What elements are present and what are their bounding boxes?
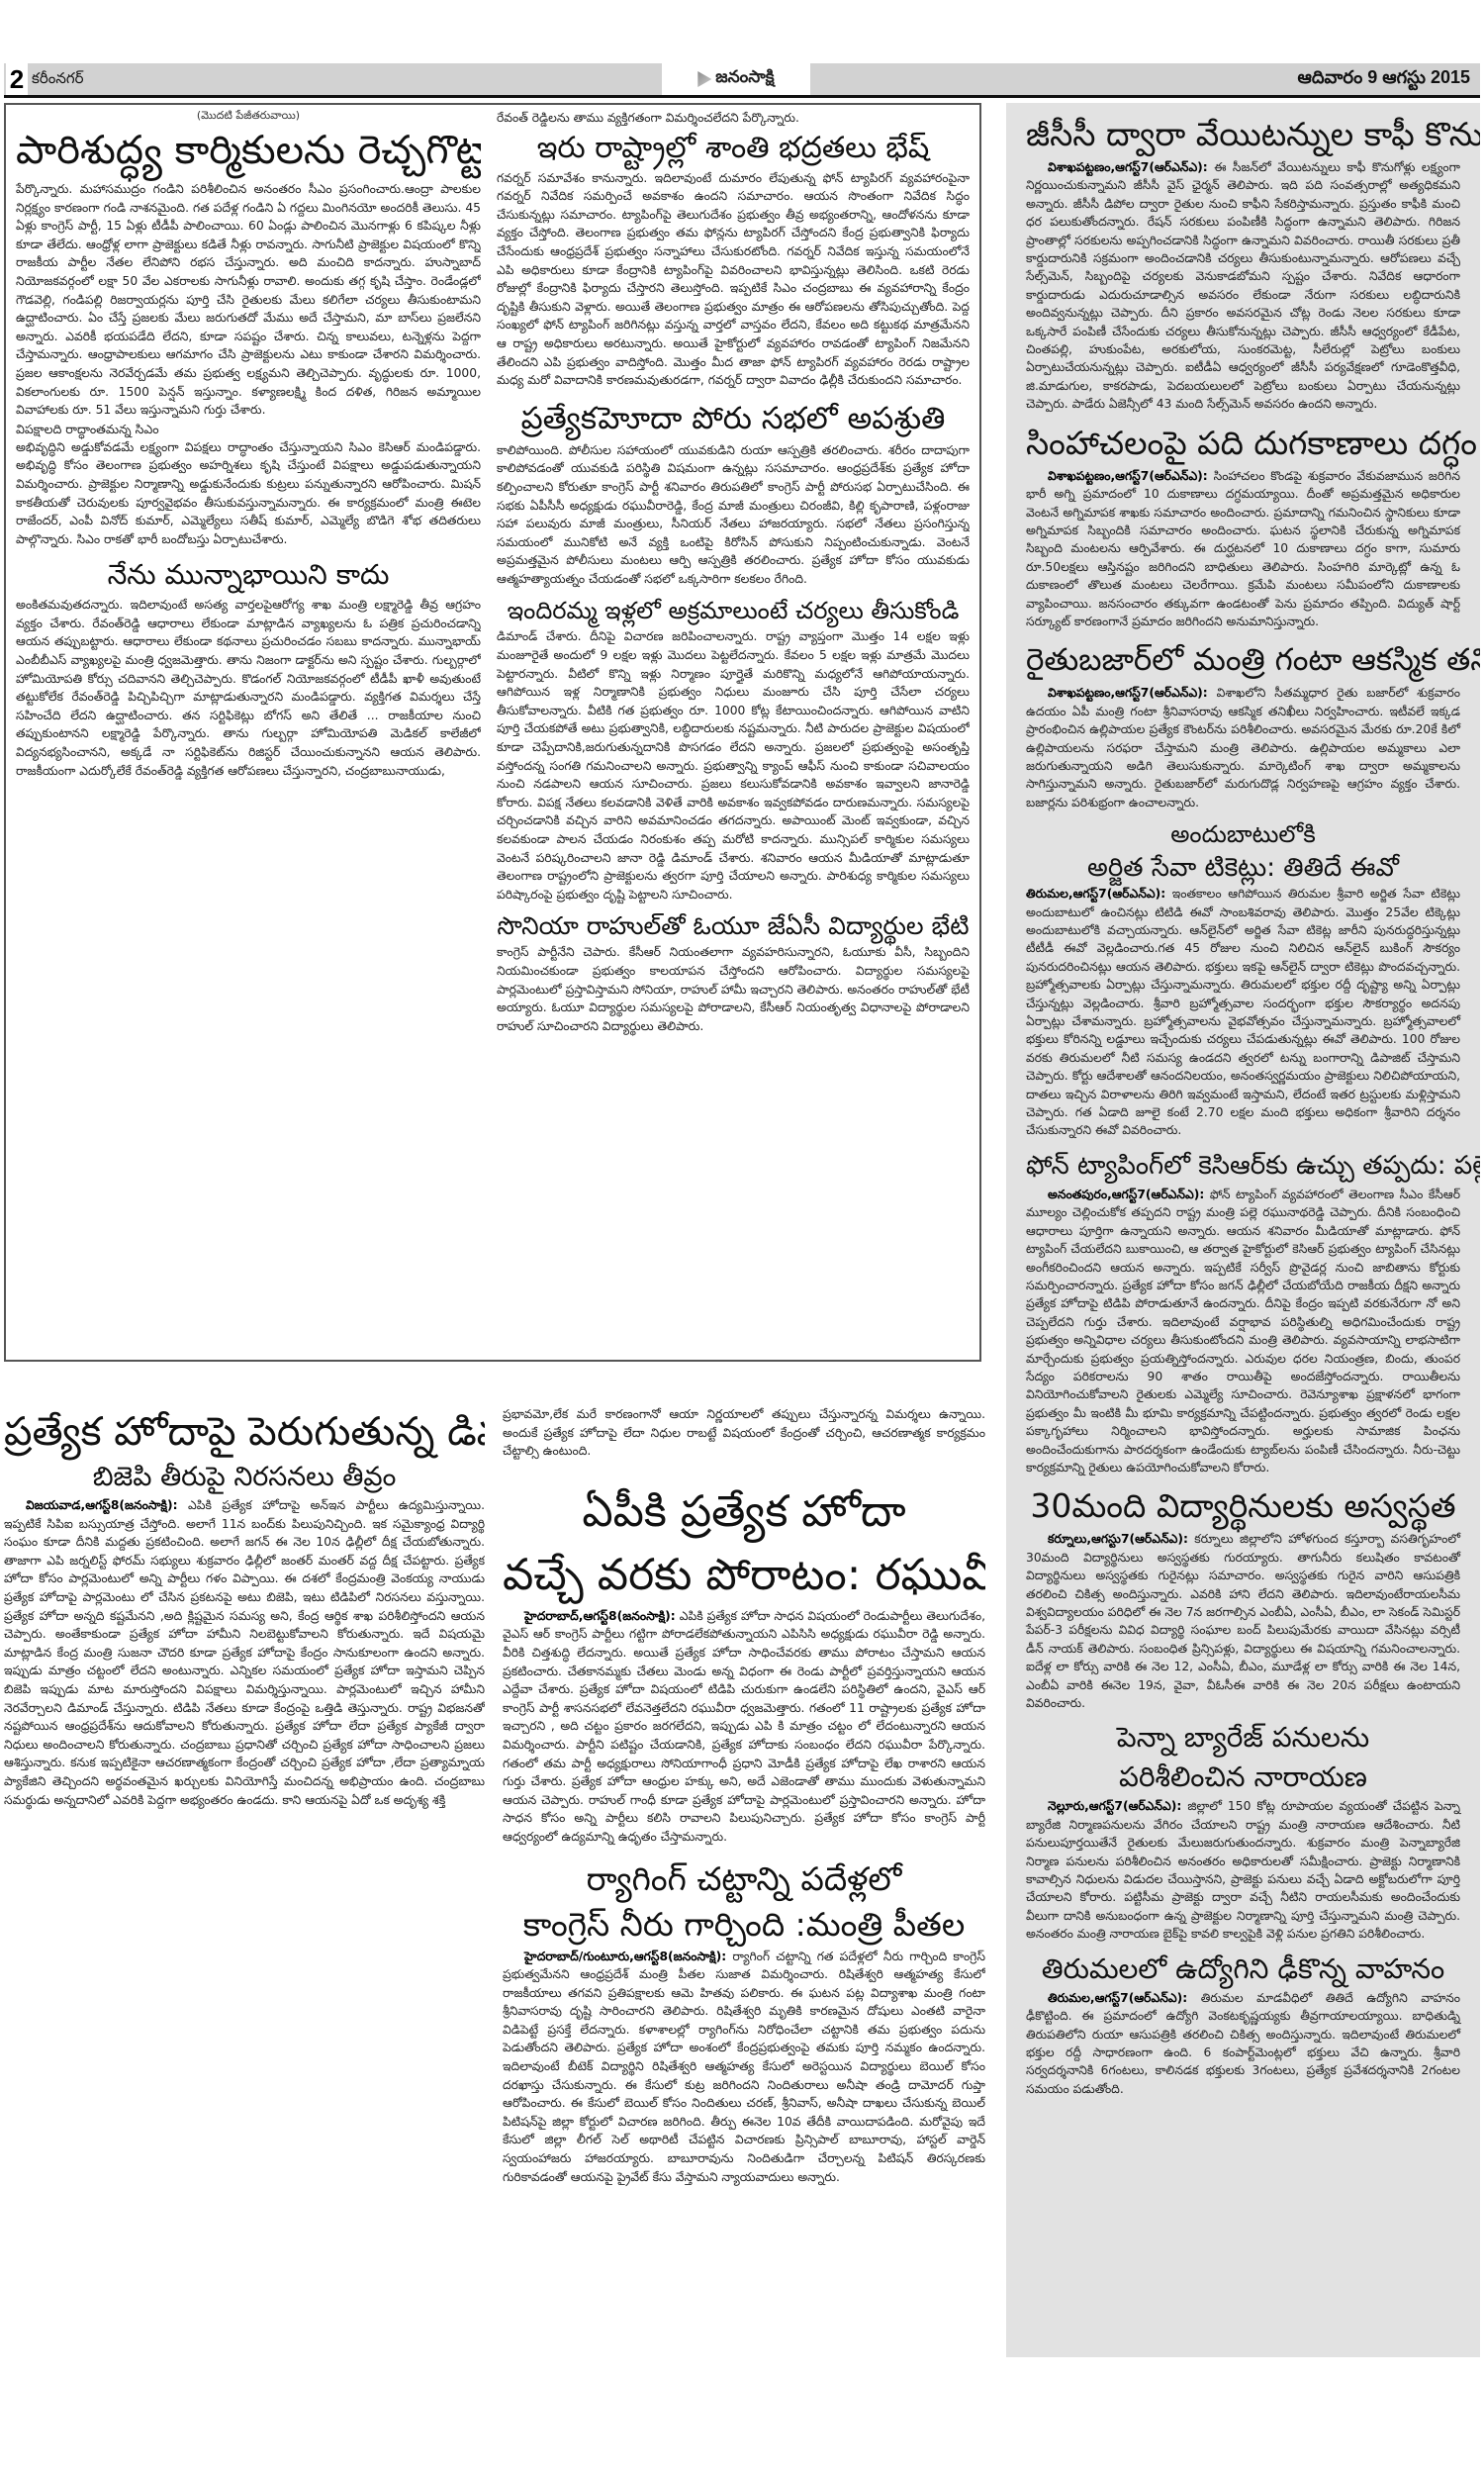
logo-arrow-icon — [697, 71, 711, 87]
headline-gcc-coffee: జీసీసీ ద్వారా వేయిటన్నుల కాఫీ కొనుగోళ్లు — [1026, 111, 1460, 158]
article-body: పేర్కొన్నారు. మహాసముద్రం గండిని పరిశీలిం… — [16, 180, 481, 420]
article-body: కాలిపోయింది. పోలీసుల సహాయంలో యువకుడిని ర… — [497, 441, 970, 589]
article-body: తిరుమల,ఆగస్ట్7(ఆర్‌ఎన్‌ఎ): తిరుమల మాడవీధ… — [1026, 1989, 1460, 2098]
headline-ap-special-status: ఏపీకి ప్రత్యేక హోదా — [503, 1480, 985, 1544]
subheadline-bjp-protests: బిజెపి తీరుపై నిరసనలు తీవ్రం — [4, 1459, 485, 1496]
article-body: అభివృద్ధిని అడ్డుకోవడమే లక్ష్యంగా విపక్ష… — [16, 438, 481, 549]
headline-arjitha-seva: అర్జిత సేవా టికెట్లు: తితిదే ఈవో — [1026, 851, 1460, 885]
article-body: అంకితమవుతదన్నారు. ఇదిలావుంటే అసత్య వార్త… — [16, 596, 481, 780]
dateline: తిరుమల,ఆగస్ట్7(ఆర్‌ఎన్‌ఎ): — [1048, 1991, 1187, 2005]
dateline: విశాఖపట్టణం,ఆగస్ట్7(ఆర్‌ఎన్‌ఎ): — [1048, 160, 1208, 174]
continuation-kicker: (మొదటి పేజీతరువాయి) — [16, 109, 481, 125]
headline-ragging-law: ర్యాగింగ్ చట్టాన్ని పదేళ్లలో — [503, 1856, 985, 1902]
lower-left-article: ప్రత్యేక హోదాపై పెరుగుతున్న డిమాండ్ బిజె… — [4, 1405, 485, 2355]
carry-line: రేవంత్ రెడ్డిలను తాము వ్యక్తిగతంగా విమర్… — [497, 109, 970, 128]
headline-special-status-rally: ప్రత్యేకహెూదా పోరు సభలో అపశ్రుతి — [497, 396, 970, 441]
article-body: కాంగ్రెస్ పార్టీనేని చెపారు. కేసీఆర్ నియ… — [497, 943, 970, 1035]
top-mid-column: రేవంత్ రెడ్డిలను తాము వ్యక్తిగతంగా విమర్… — [497, 109, 970, 1358]
headline-sonia-rahul: సొనియా రాహుల్‌తో ఓయూ జేఏసీ విద్యార్థుల భ… — [497, 909, 970, 943]
dateline: విశాఖపట్టణం,ఆగస్ట్7(ఆర్‌ఎన్‌ఎ): — [1048, 686, 1208, 700]
article-body: హైదరాబాద్/గుంటూరు,ఆగస్ట్8(జనంసాక్షి): ర్… — [503, 1948, 985, 2187]
article-body: విశాఖపట్టణం,ఆగస్ట్7(ఆర్‌ఎన్‌ఎ): ఈ సీజన్‌… — [1026, 158, 1460, 414]
article-body: తిరుమల,ఆగస్ట్7(ఆర్‌ఎన్‌ఎ): ఇంతకాలం ఆగిపో… — [1026, 885, 1460, 1140]
headline-students-ill: 30మంది విద్యార్థినులకు అస్వస్థత — [1026, 1482, 1460, 1530]
headline-law-order: ఇరు రాష్ట్రాల్లో శాంతి భద్రతలు భేష్ — [497, 128, 970, 169]
dateline: విశాఖపట్టణం,ఆగస్ట్7(ఆర్‌ఎన్‌ఎ): — [1048, 469, 1208, 483]
dateline: కర్నూలు,ఆగస్టు7(ఆర్‌ఎన్‌ఎ): — [1048, 1532, 1188, 1546]
right-column: జీసీసీ ద్వారా వేయిటన్నుల కాఫీ కొనుగోళ్లు… — [1006, 103, 1480, 2357]
article-body: విశాఖపట్టణం,ఆగస్ట్7(ఆర్‌ఎన్‌ఎ): విశాఖలోన… — [1026, 684, 1460, 811]
headline-phone-tapping: ఫోన్ ట్యాపింగ్‌లో కెసిఆర్‌కు ఉచ్చు తప్పద… — [1026, 1146, 1460, 1186]
article-body: అనంతపురం,ఆగస్ట్7(ఆర్‌ఎన్‌ఎ): ఫోన్ ట్యాపి… — [1026, 1186, 1460, 1477]
headline-indiramma-houses: ఇందిరమ్మ ఇళ్లలో అక్రమాలుంటే చర్యలు తీసుక… — [497, 594, 970, 627]
headline-penna-barrage: పెన్నా బ్యారేజ్ పనులను పరిశీలించిన నారాయ… — [1026, 1718, 1460, 1797]
headline-rythu-bazaar: రైతుబజార్‌లో మంత్రి గంటా ఆకస్మిక తనిఖీలు — [1026, 636, 1460, 684]
dateline: హైదరాబాద్,ఆగస్ట్8(జనంసాక్షి): — [524, 1609, 676, 1623]
section-name: కరీంనగర్ — [32, 69, 84, 91]
inline-subhead: విపక్షాలది రాద్ధాంతమన్న సిఎం — [16, 420, 481, 438]
masthead: 2 కరీంనగర్ జనంసాక్షి ఆదివారం 9 ఆగస్టు 20… — [4, 63, 1480, 95]
issue-date: ఆదివారం 9 ఆగస్టు 2015 — [1297, 67, 1470, 92]
article-body: కర్నూలు,ఆగస్టు7(ఆర్‌ఎన్‌ఎ): కర్నూలు జిల్… — [1026, 1530, 1460, 1712]
dateline: హైదరాబాద్/గుంటూరు,ఆగస్ట్8(జనంసాక్షి): — [524, 1950, 726, 1963]
article-body: విజయవాడ,ఆగస్ట్8(జనంసాక్షి): ఎపికి ప్రత్య… — [4, 1496, 485, 1809]
dateline: నెల్లూరు,ఆగస్ట్7(ఆర్‌ఎన్‌ఎ): — [1048, 1799, 1181, 1813]
article-body: గవర్నర్ సమావేశం కానున్నారు. ఇదిలావుంటే ద… — [497, 169, 970, 390]
article-body: హైదరాబాద్,ఆగస్ట్8(జనంసాక్షి): ఎపికి ప్రత… — [503, 1607, 985, 1847]
newspaper-logo: జనంసాక్షి — [662, 61, 810, 97]
headline-special-status-demand: ప్రత్యేక హోదాపై పెరుగుతున్న డిమాండ్ — [4, 1405, 485, 1459]
page-number: 2 — [6, 63, 28, 95]
headline-raghuveera: వచ్చే వరకు పోరాటం: రఘువీరా — [503, 1544, 985, 1607]
top-boxed-section: (మొదటి పేజీతరువాయి) పారిశుద్ధ్య కార్మికు… — [4, 103, 981, 1362]
lower-mid-articles: ప్రభావమో,లేక మరే కారణంగానో ఆయా నిర్ణయాలల… — [503, 1405, 985, 2355]
article-body: డిమాండ్ చేశారు. దీనిపై విచారణ జరిపించాలన… — [497, 627, 970, 904]
headline-peethala: కాంగ్రెస్ నీరు గార్చింది :మంత్రి పీతల — [503, 1902, 985, 1948]
top-left-column: (మొదటి పేజీతరువాయి) పారిశుద్ధ్య కార్మికు… — [16, 109, 481, 1358]
article-body: నెల్లూరు,ఆగస్ట్7(ఆర్‌ఎన్‌ఎ): జిల్లాలో 15… — [1026, 1797, 1460, 1943]
dateline: అనంతపురం,ఆగస్ట్7(ఆర్‌ఎన్‌ఎ): — [1048, 1188, 1204, 1201]
headline-sanitation-workers: పారిశుద్ధ్య కార్మికులను రెచ్చగొట్టారు — [16, 125, 481, 176]
masthead-rule — [4, 95, 1480, 98]
headline-munnabhai: నేను మున్నాభాయిని కాదు — [16, 554, 481, 596]
article-body: విశాఖపట్టణం,ఆగస్ట్7(ఆర్‌ఎన్‌ఎ): సింహాచలం… — [1026, 467, 1460, 631]
kicker-available: అందుబాటులోకి — [1026, 817, 1460, 851]
headline-tirumala-vehicle: తిరుమలలో ఉద్యోగిని ఢీకొన్న వాహనం — [1026, 1950, 1460, 1989]
dateline: తిరుమల,ఆగస్ట్7(ఆర్‌ఎన్‌ఎ): — [1026, 887, 1165, 901]
carry-text: ప్రభావమో,లేక మరే కారణంగానో ఆయా నిర్ణయాలల… — [503, 1405, 985, 1461]
logo-text: జనంసాక్షి — [715, 67, 774, 91]
headline-simhachalam-fire: సింహాచలంపై పది దుగకాణాలు దగ్ధం — [1026, 420, 1460, 467]
dateline: విజయవాడ,ఆగస్ట్8(జనంసాక్షి): — [26, 1498, 178, 1512]
